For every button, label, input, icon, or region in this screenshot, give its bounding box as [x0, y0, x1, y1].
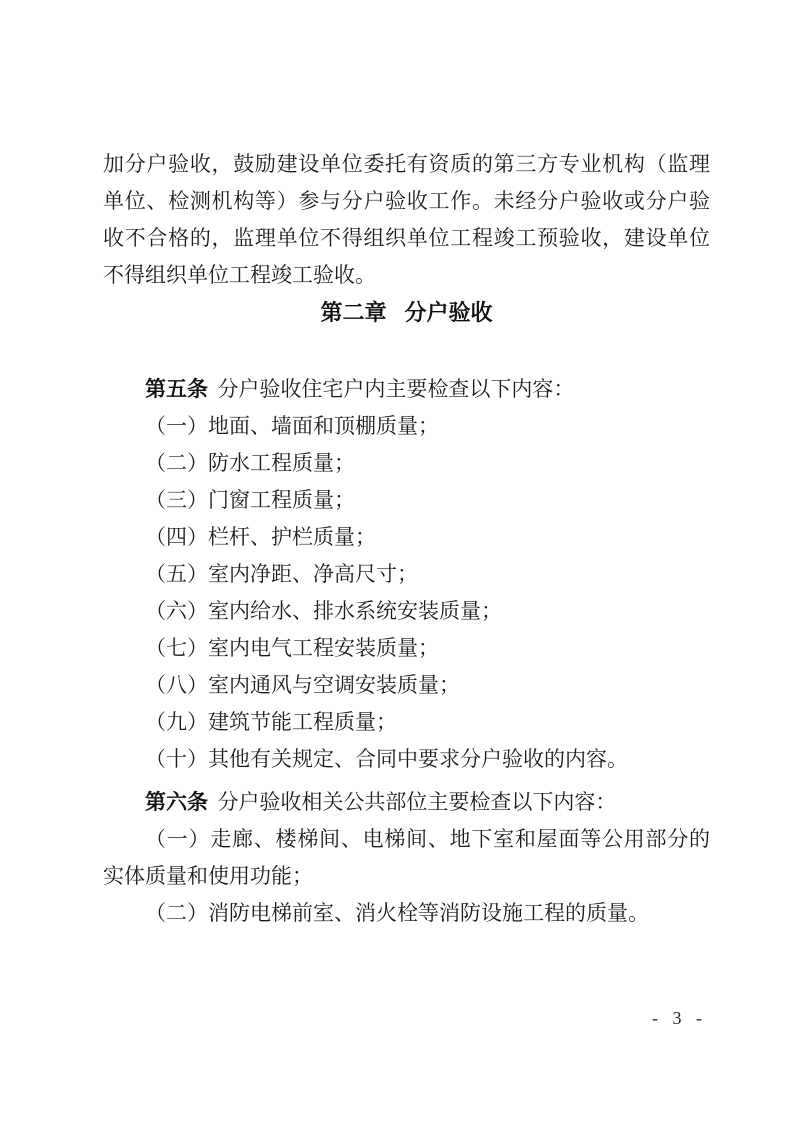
article-5-label: 第五条	[145, 378, 208, 401]
article-6-opening: 第六条分户验收相关公共部位主要检查以下内容：	[103, 784, 710, 821]
article-5-item: （九）建筑节能工程质量；	[103, 704, 710, 741]
article-5-item: （五）室内净距、净高尺寸；	[103, 556, 710, 593]
article-5-item: （二）防水工程质量；	[103, 445, 710, 482]
article-5-item: （十）其他有关规定、合同中要求分户验收的内容。	[103, 741, 710, 778]
article-6-item: （二）消防电梯前室、消火栓等消防设施工程的质量。	[103, 895, 710, 932]
article-5-item: （四）栏杆、护栏质量；	[103, 519, 710, 556]
intro-paragraph: 加分户验收，鼓励建设单位委托有资质的第三方专业机构（监理单位、检测机构等）参与分…	[103, 146, 710, 294]
article-5-item: （三）门窗工程质量；	[103, 482, 710, 519]
article-5-opening: 第五条分户验收住宅户内主要检查以下内容：	[103, 371, 710, 408]
page-content: 加分户验收，鼓励建设单位委托有资质的第三方专业机构（监理单位、检测机构等）参与分…	[103, 146, 710, 932]
article-6-item: （一）走廊、楼梯间、电梯间、地下室和屋面等公用部分的实体质量和使用功能；	[103, 821, 710, 895]
article-6-intro: 分户验收相关公共部位主要检查以下内容：	[217, 790, 616, 814]
article-5-intro: 分户验收住宅户内主要检查以下内容：	[217, 377, 574, 401]
article-5-item: （六）室内给水、排水系统安装质量；	[103, 593, 710, 630]
chapter-heading: 第二章 分户验收	[103, 294, 710, 331]
article-5-item: （七）室内电气工程安装质量；	[103, 630, 710, 667]
article-5-item: （八）室内通风与空调安装质量；	[103, 667, 710, 704]
article-6-label: 第六条	[145, 791, 208, 814]
document-page: 加分户验收，鼓励建设单位委托有资质的第三方专业机构（监理单位、检测机构等）参与分…	[0, 0, 800, 1132]
article-5-item: （一）地面、墙面和顶棚质量；	[103, 408, 710, 445]
page-number: - 3 -	[652, 1006, 704, 1030]
